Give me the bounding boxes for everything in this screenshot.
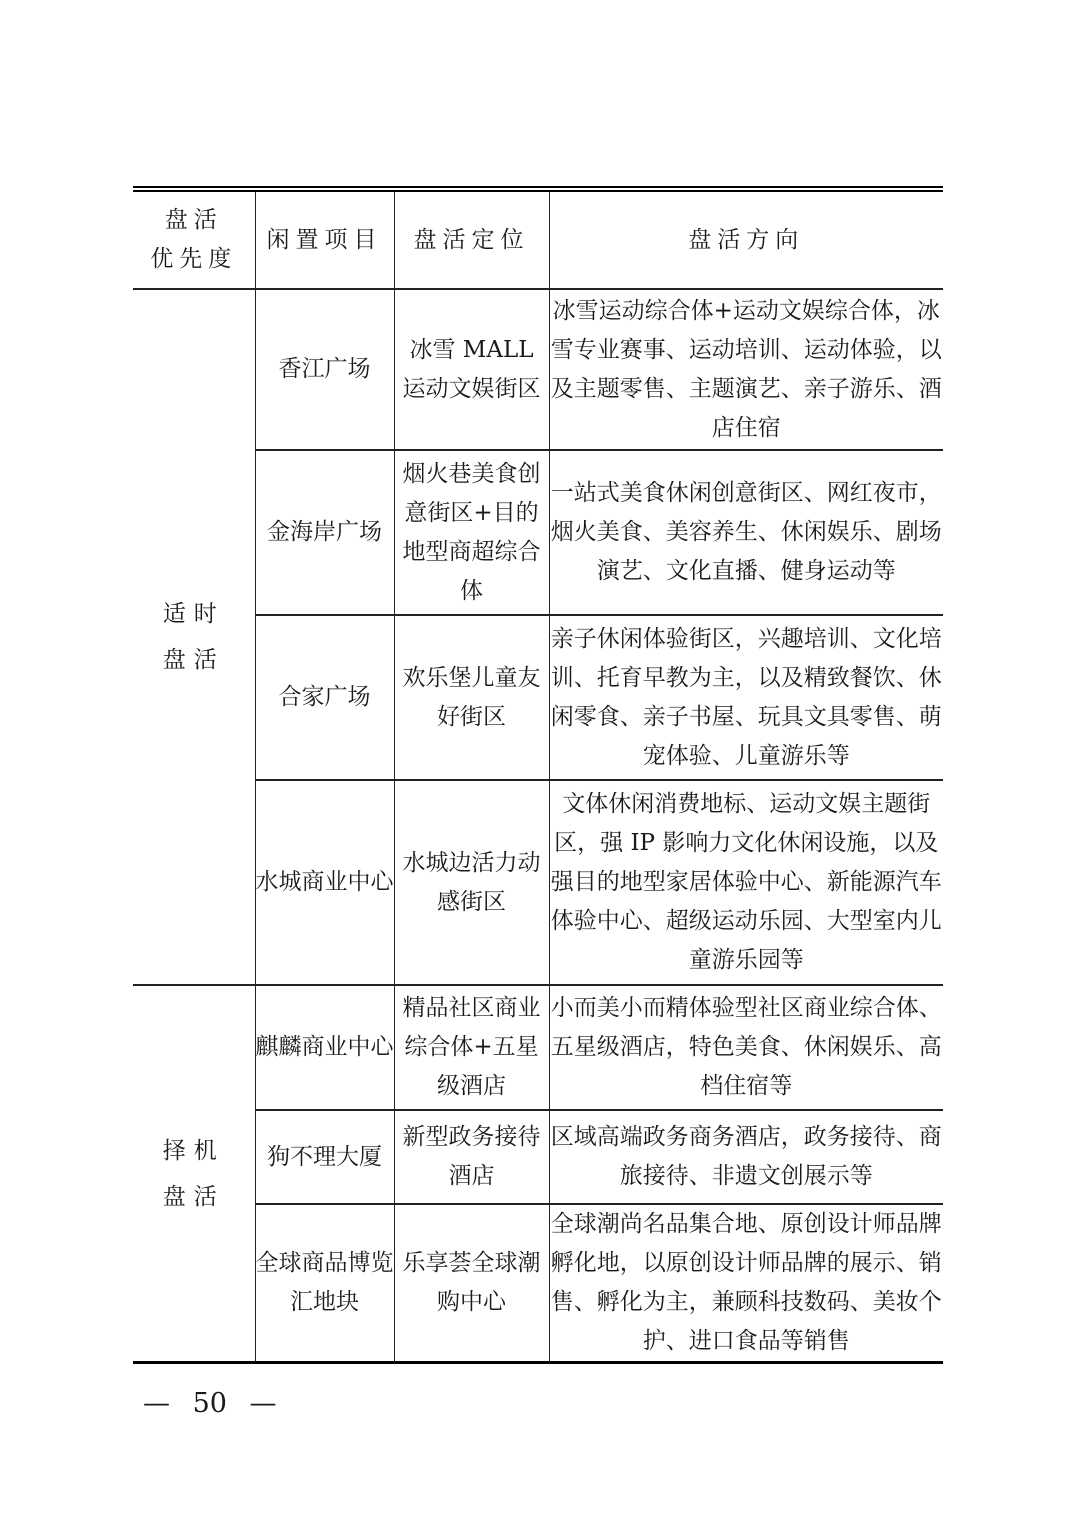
table-row: 全球商品博览汇地块 乐享荟全球潮购中心 全球潮尚名品集合地、原创设计师品牌孵化地… bbox=[133, 1204, 943, 1361]
cell-positioning: 水城边活力动感街区 bbox=[394, 780, 549, 985]
cell-positioning: 欢乐堡儿童友好街区 bbox=[394, 615, 549, 780]
table-row: 择机 盘活 麒麟商业中心 精品社区商业综合体+五星级酒店 小而美小而精体验型社区… bbox=[133, 985, 943, 1110]
header-positioning: 盘活定位 bbox=[394, 192, 549, 289]
cell-positioning: 精品社区商业综合体+五星级酒店 bbox=[394, 985, 549, 1110]
cell-project: 香江广场 bbox=[255, 289, 394, 450]
cell-direction: 全球潮尚名品集合地、原创设计师品牌孵化地，以原创设计师品牌的展示、销售、孵化为主… bbox=[549, 1204, 943, 1361]
table-header-row: 盘活 优先度 闲置项目 盘活定位 盘活方向 bbox=[133, 192, 943, 289]
cell-project: 水城商业中心 bbox=[255, 780, 394, 985]
cell-positioning: 烟火巷美食创意街区+目的地型商超综合体 bbox=[394, 450, 549, 615]
cell-direction: 冰雪运动综合体+运动文娱综合体，冰雪专业赛事、运动培训、运动体验，以及主题零售、… bbox=[549, 289, 943, 450]
cell-direction: 亲子休闲体验街区，兴趣培训、文化培训、托育早教为主，以及精致餐饮、休闲零食、亲子… bbox=[549, 615, 943, 780]
cell-project: 麒麟商业中心 bbox=[255, 985, 394, 1110]
revitalization-table: 盘活 优先度 闲置项目 盘活定位 盘活方向 适时 盘活 香江广场 冰雪 MALL… bbox=[133, 186, 943, 1364]
header-project: 闲置项目 bbox=[255, 192, 394, 289]
table-row: 狗不理大厦 新型政务接待酒店 区域高端政务商务酒店，政务接待、商旅接待、非遗文创… bbox=[133, 1110, 943, 1204]
table-row: 合家广场 欢乐堡儿童友好街区 亲子休闲体验街区，兴趣培训、文化培训、托育早教为主… bbox=[133, 615, 943, 780]
header-direction: 盘活方向 bbox=[549, 192, 943, 289]
table-bottom-rule bbox=[133, 1361, 943, 1364]
group-label-timely: 适时 盘活 bbox=[133, 289, 255, 985]
cell-direction: 一站式美食休闲创意街区、网红夜市，烟火美食、美容养生、休闲娱乐、剧场演艺、文化直… bbox=[549, 450, 943, 615]
header-priority: 盘活 优先度 bbox=[133, 192, 255, 289]
page-number: — 50 — bbox=[143, 1388, 277, 1419]
document-page: 盘活 优先度 闲置项目 盘活定位 盘活方向 适时 盘活 香江广场 冰雪 MALL… bbox=[0, 0, 1074, 1520]
cell-positioning: 乐享荟全球潮购中心 bbox=[394, 1204, 549, 1361]
cell-positioning: 冰雪 MALL 运动文娱街区 bbox=[394, 289, 549, 450]
cell-project: 全球商品博览汇地块 bbox=[255, 1204, 394, 1361]
table-row: 适时 盘活 香江广场 冰雪 MALL 运动文娱街区 冰雪运动综合体+运动文娱综合… bbox=[133, 289, 943, 450]
priority-table: 盘活 优先度 闲置项目 盘活定位 盘活方向 适时 盘活 香江广场 冰雪 MALL… bbox=[133, 192, 943, 1361]
cell-project: 金海岸广场 bbox=[255, 450, 394, 615]
cell-direction: 区域高端政务商务酒店，政务接待、商旅接待、非遗文创展示等 bbox=[549, 1110, 943, 1204]
table-row: 水城商业中心 水城边活力动感街区 文体休闲消费地标、运动文娱主题街区，强 IP … bbox=[133, 780, 943, 985]
group-label-opportunistic: 择机 盘活 bbox=[133, 985, 255, 1361]
cell-direction: 文体休闲消费地标、运动文娱主题街区，强 IP 影响力文化休闲设施，以及强目的地型… bbox=[549, 780, 943, 985]
table-row: 金海岸广场 烟火巷美食创意街区+目的地型商超综合体 一站式美食休闲创意街区、网红… bbox=[133, 450, 943, 615]
cell-project: 合家广场 bbox=[255, 615, 394, 780]
cell-project: 狗不理大厦 bbox=[255, 1110, 394, 1204]
cell-direction: 小而美小而精体验型社区商业综合体、五星级酒店，特色美食、休闲娱乐、高档住宿等 bbox=[549, 985, 943, 1110]
cell-positioning: 新型政务接待酒店 bbox=[394, 1110, 549, 1204]
